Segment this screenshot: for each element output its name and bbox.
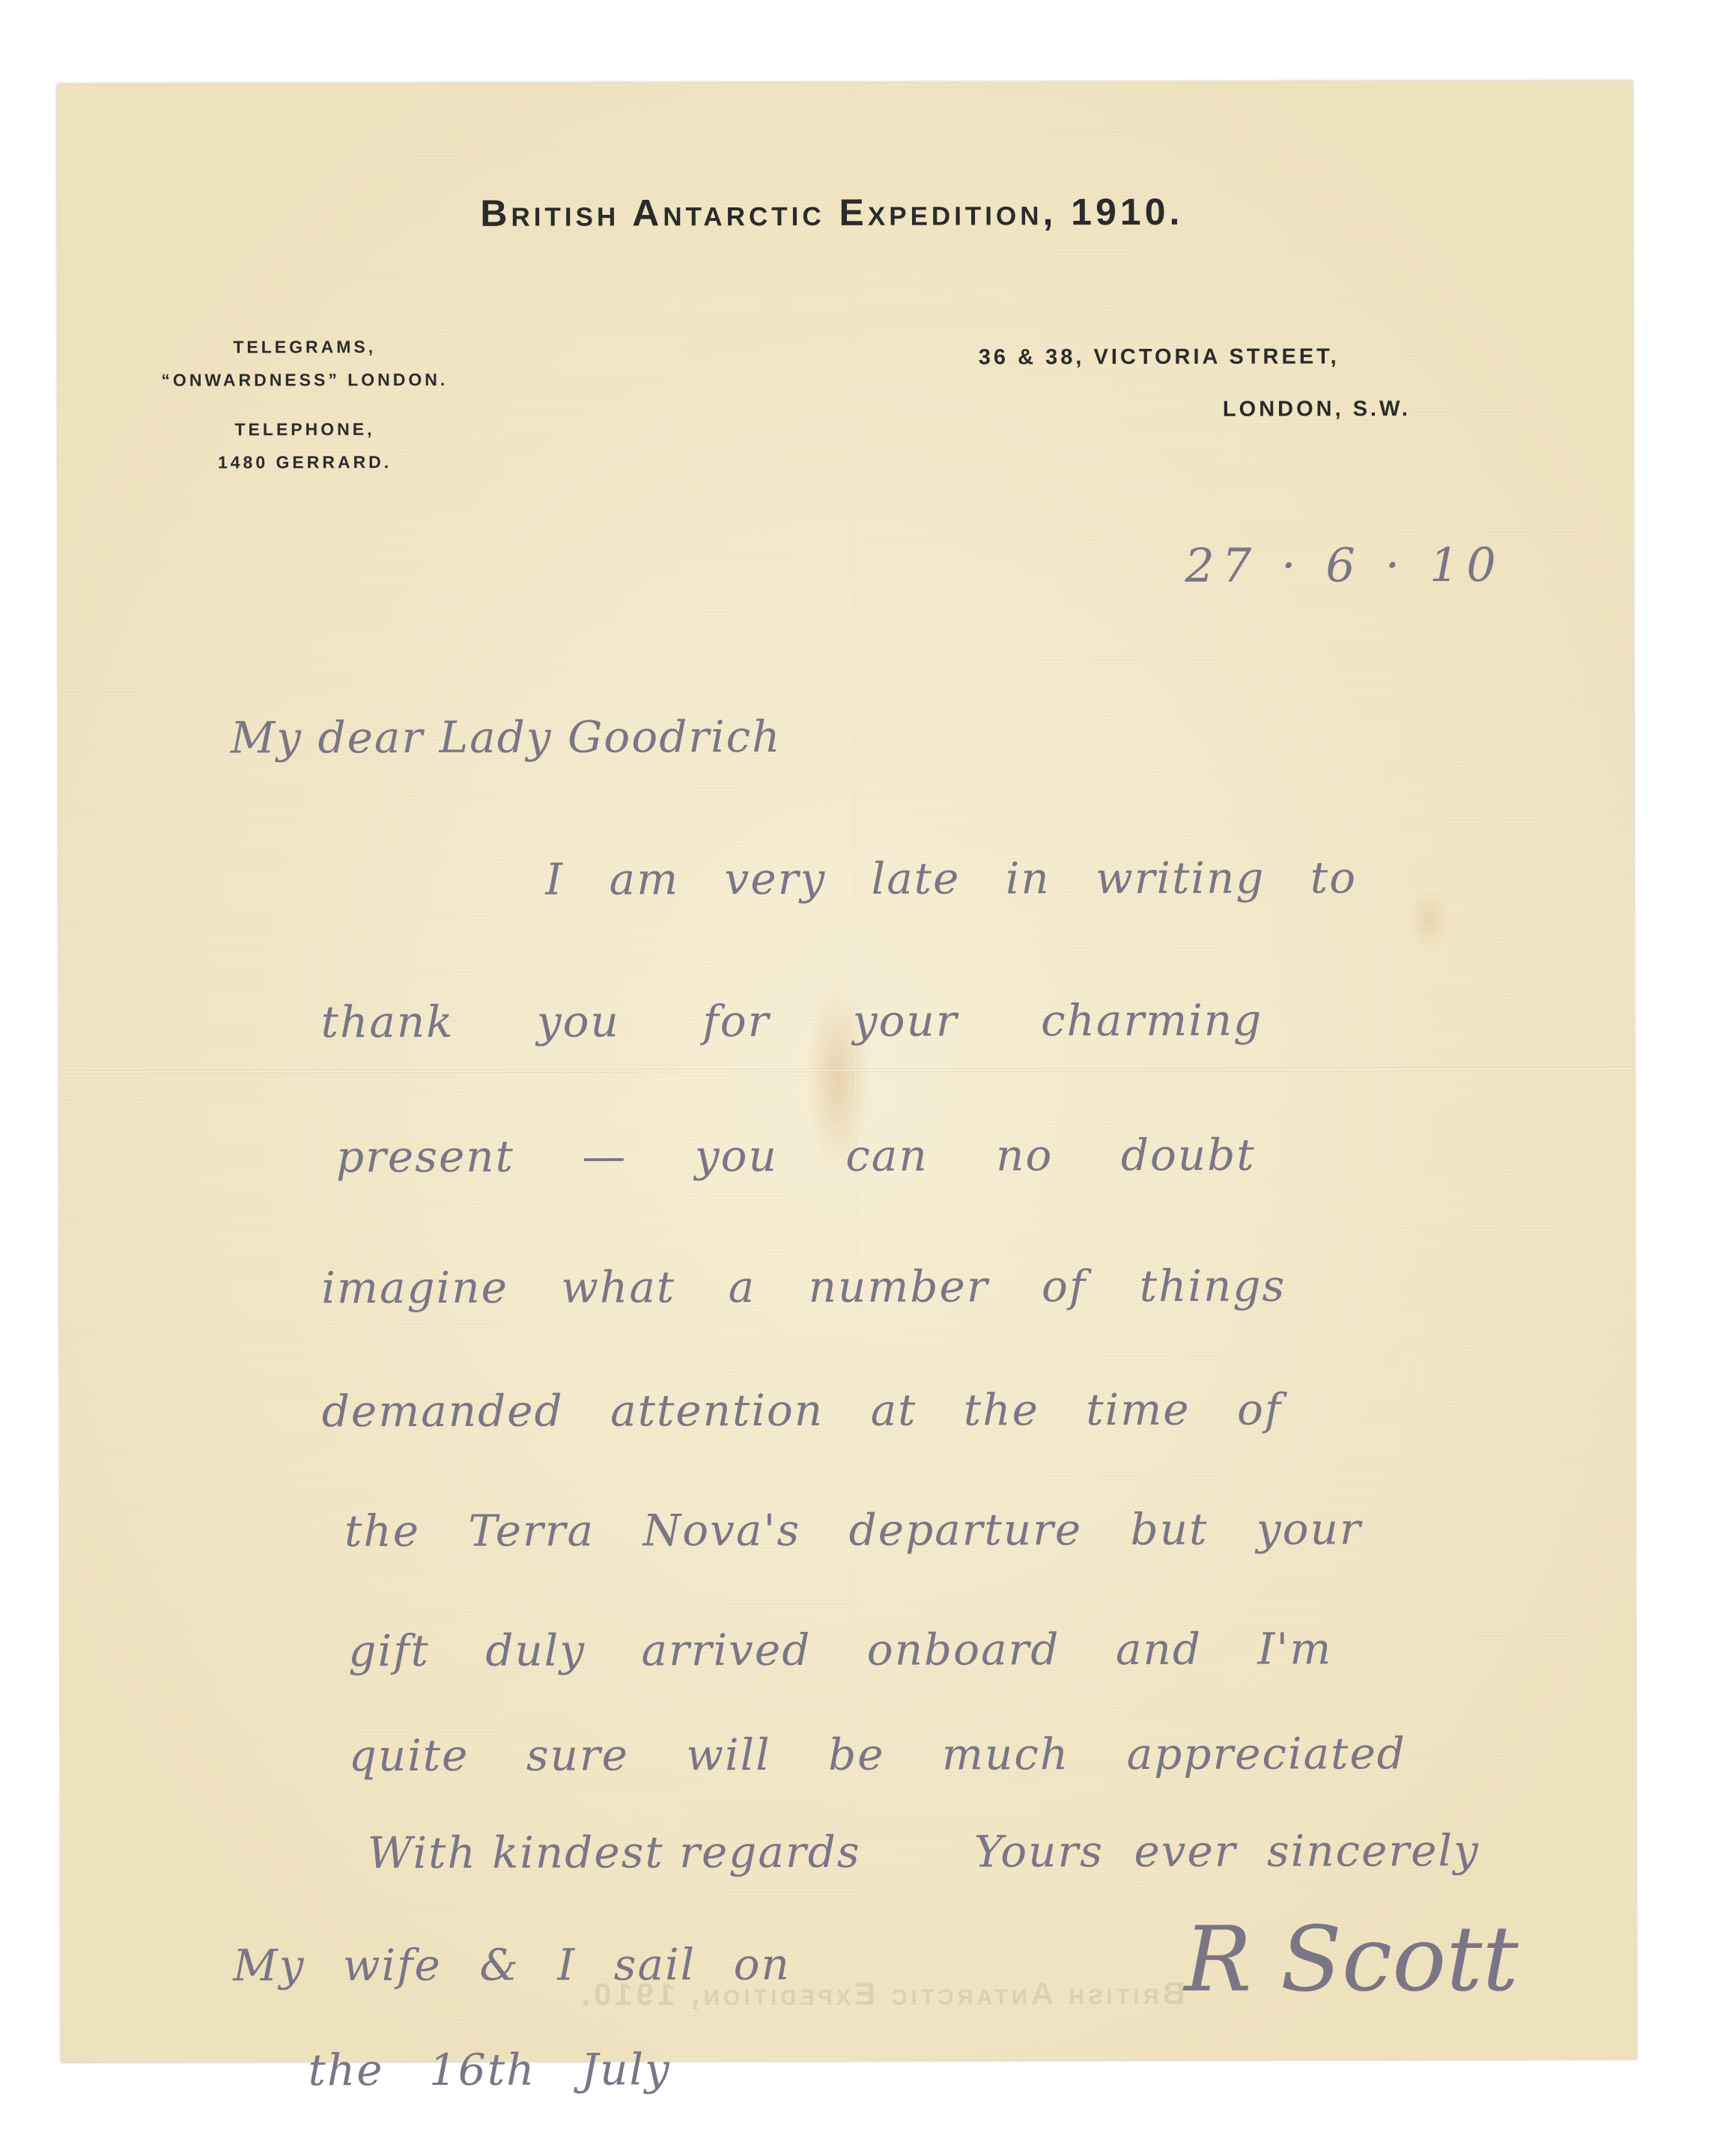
telephone-number: 1480 GERRARD. [110,445,499,479]
city-address: LONDON, S.W. [1223,397,1411,422]
letterhead-title: British Antarctic Expedition, 1910. [480,190,1183,235]
telegrams-label: TELEGRAMS, [110,330,499,364]
body-line: I am very late in writing to [545,852,1357,904]
letter-sheet: British Antarctic Expedition, 1910. Brit… [57,81,1637,2062]
letterhead-address-block: 36 & 38, VICTORIA STREET, LONDON, S.W. [979,344,1503,345]
letterhead-contact-block: TELEGRAMS, “ONWARDNESS” LONDON. TELEPHON… [110,330,499,479]
body-line: the Terra Nova's departure but your [344,1503,1362,1556]
signature: R Scott [1184,1907,1519,2012]
closing-regards: With kindest regards [368,1827,861,1878]
body-line: gift duly arrived onboard and I'm [348,1623,1332,1676]
body-line: demanded attention at the time of [322,1384,1283,1437]
telephone-label: TELEPHONE, [110,412,499,446]
telegrams-address: “ONWARDNESS” LONDON. [110,363,499,397]
postscript-line: the 16th July [308,2044,670,2095]
body-line: present — you can no doubt [336,1130,1256,1183]
salutation: My dear Lady Goodrich [231,711,782,764]
body-line: quite sure will be much appreciated [349,1728,1406,1781]
body-line: thank you for your charming [321,995,1263,1048]
letter-date: 27 · 6 · 10 [1185,538,1504,593]
closing-valediction: Yours ever sincerely [974,1825,1480,1877]
street-address: 36 & 38, VICTORIA STREET, [979,344,1340,370]
postscript-line: My wife & I sail on [233,1939,791,1991]
body-line: imagine what a number of things [321,1261,1286,1314]
horizontal-fold-crease [59,1068,1635,1074]
